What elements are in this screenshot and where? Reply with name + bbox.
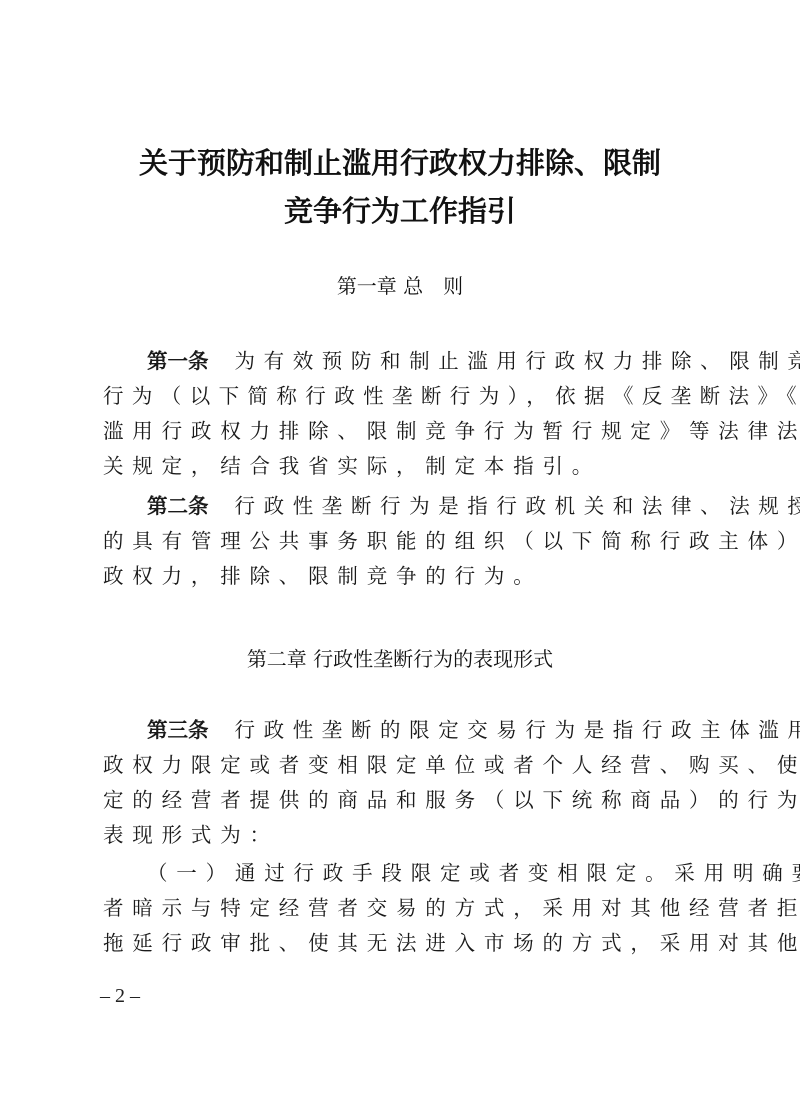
article-1-line-3: 滥用行政权力排除、限制竞争行为暂行规定》等法律法规及相	[103, 414, 690, 444]
article-2-label: 第二条	[147, 489, 209, 519]
article-2-line-3: 政权力，排除、限制竞争的行为。	[103, 559, 690, 589]
document-title-line-1: 关于预防和制止滥用行政权力排除、限制	[0, 141, 800, 182]
article-2-text-1: 行政性垄断行为是指行政机关和法律、法规授权	[235, 489, 800, 519]
article-1-text-1: 为有效预防和制止滥用行政权力排除、限制竞争	[235, 344, 800, 374]
article-1-line-4: 关规定，结合我省实际，制定本指引。	[103, 449, 690, 479]
item-1-line-3: 拖延行政审批、使其无法进入市场的方式，采用对其他经营者	[103, 926, 690, 956]
item-1-line-1: （一）通过行政手段限定或者变相限定。采用明确要求或	[147, 856, 690, 886]
document-title-line-2: 竞争行为工作指引	[0, 189, 800, 230]
article-3-line-2: 政权力限定或者变相限定单位或者个人经营、购买、使用其指	[103, 748, 690, 778]
article-3-label: 第三条	[147, 713, 209, 743]
article-1-line-1: 第一条 为有效预防和制止滥用行政权力排除、限制竞争	[147, 344, 690, 374]
article-2-line-2: 的具有管理公共事务职能的组织（以下简称行政主体）滥用行	[103, 524, 690, 554]
article-2-line-1: 第二条 行政性垄断行为是指行政机关和法律、法规授权	[147, 489, 690, 519]
page-number: – 2 –	[100, 985, 140, 1008]
article-3-line-1: 第三条 行政性垄断的限定交易行为是指行政主体滥用行	[147, 713, 690, 743]
article-3-line-3: 定的经营者提供的商品和服务（以下统称商品）的行为。具体	[103, 783, 690, 813]
item-1-line-2: 者暗示与特定经营者交易的方式，采用对其他经营者拒绝或者	[103, 891, 690, 921]
article-1-label: 第一条	[147, 344, 209, 374]
chapter-2-heading: 第二章 行政性垄断行为的表现形式	[0, 643, 800, 672]
chapter-1-heading: 第一章 总 则	[0, 270, 800, 299]
article-3-line-4: 表现形式为：	[103, 818, 690, 848]
article-1-line-2: 行为（以下简称行政性垄断行为），依据《反垄断法》《制止	[103, 379, 690, 409]
article-3-text-1: 行政性垄断的限定交易行为是指行政主体滥用行	[235, 713, 800, 743]
